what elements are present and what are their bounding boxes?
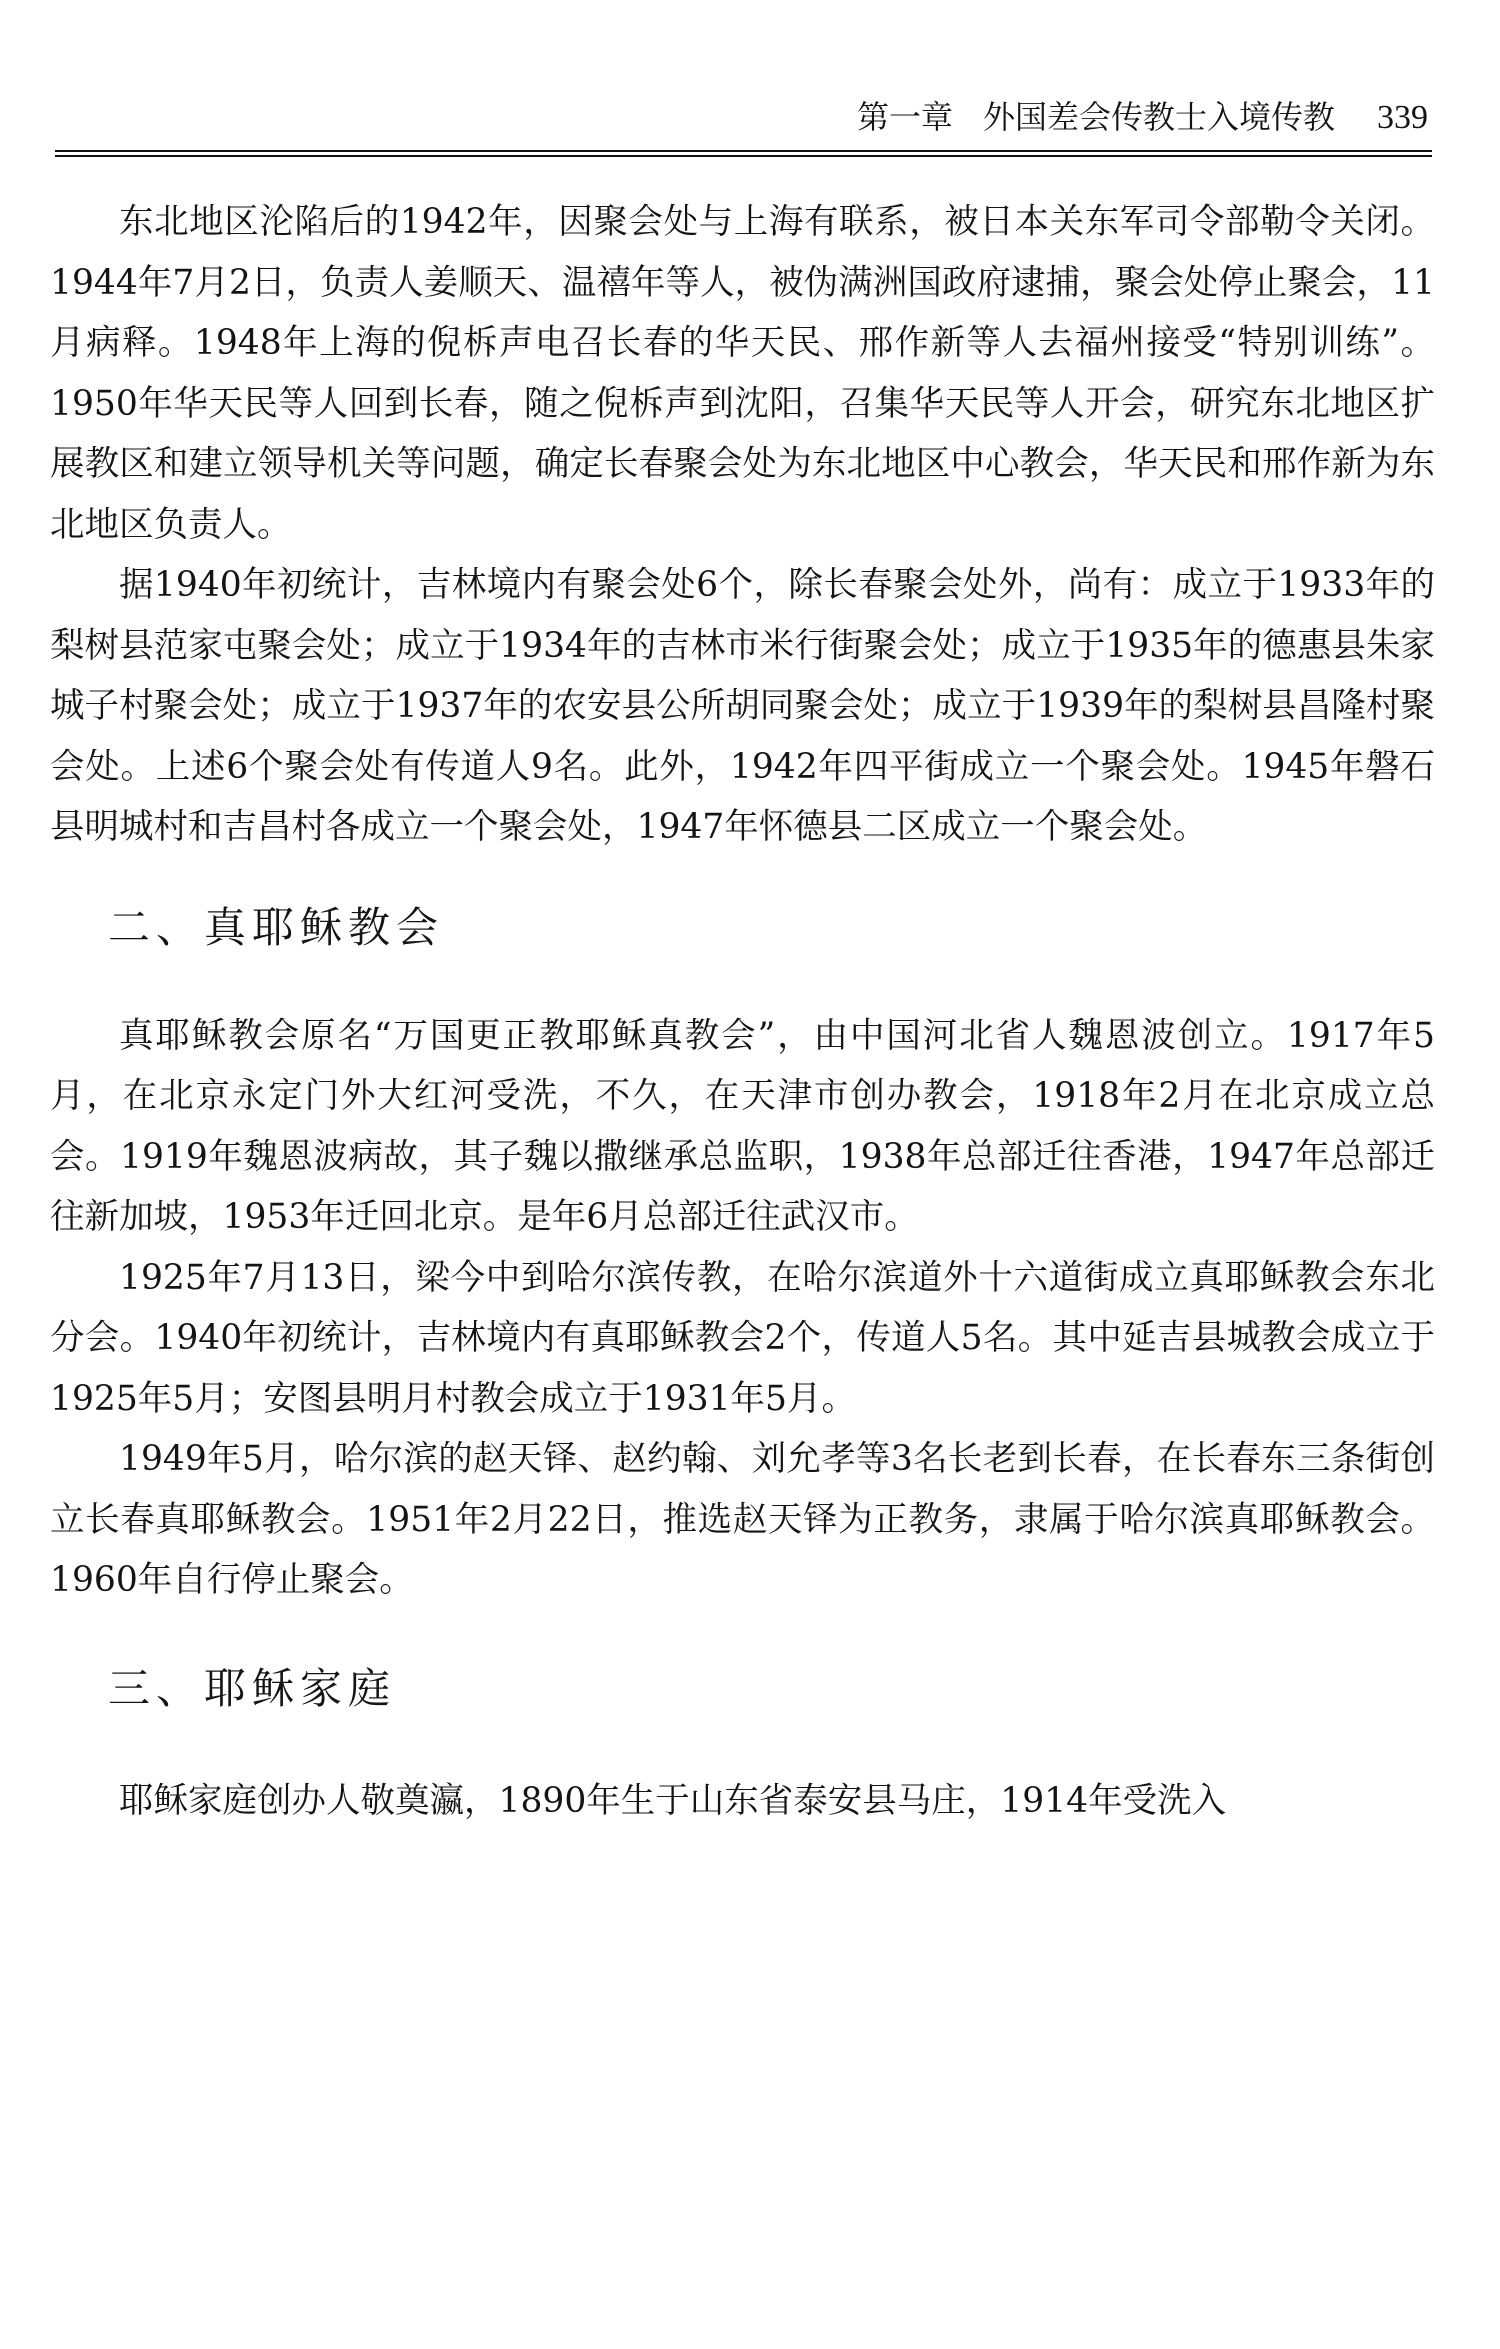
- header-rule-bottom: [55, 155, 1432, 157]
- paragraph: 据1940年初统计，吉林境内有聚会处6个，除长春聚会处外，尚有：成立于1933年…: [50, 555, 1435, 858]
- paragraph: 耶稣家庭创办人敬奠瀛，1890年生于山东省泰安县马庄，1914年受洗入: [50, 1771, 1435, 1832]
- paragraph: 1949年5月，哈尔滨的赵天铎、赵约翰、刘允孝等3名长老到长春，在长春东三条街创…: [50, 1429, 1435, 1611]
- paragraph: 1925年7月13日，梁今中到哈尔滨传教，在哈尔滨道外十六道街成立真耶稣教会东北…: [50, 1248, 1435, 1430]
- paragraph: 真耶稣教会原名“万国更正教耶稣真教会”，由中国河北省人魏恩波创立。1917年5月…: [50, 1006, 1435, 1248]
- chapter-label: 第一章: [857, 92, 953, 142]
- paragraph: 东北地区沦陷后的1942年，因聚会处与上海有联系，被日本关东军司令部勒令关闭。1…: [50, 192, 1435, 555]
- chapter-title: 外国差会传教士入境传教: [983, 92, 1335, 142]
- page-number: 339: [1377, 93, 1428, 143]
- header-rule-top: [55, 150, 1432, 152]
- book-page: 第一章 外国差会传教士入境传教 339 东北地区沦陷后的1942年，因聚会处与上…: [0, 0, 1500, 2349]
- running-header: 第一章 外国差会传教士入境传教 339: [56, 92, 1432, 142]
- section-heading: 二、真耶稣教会: [50, 898, 1435, 958]
- section-heading: 三、耶稣家庭: [50, 1659, 1435, 1719]
- body-text: 东北地区沦陷后的1942年，因聚会处与上海有联系，被日本关东军司令部勒令关闭。1…: [50, 192, 1435, 1831]
